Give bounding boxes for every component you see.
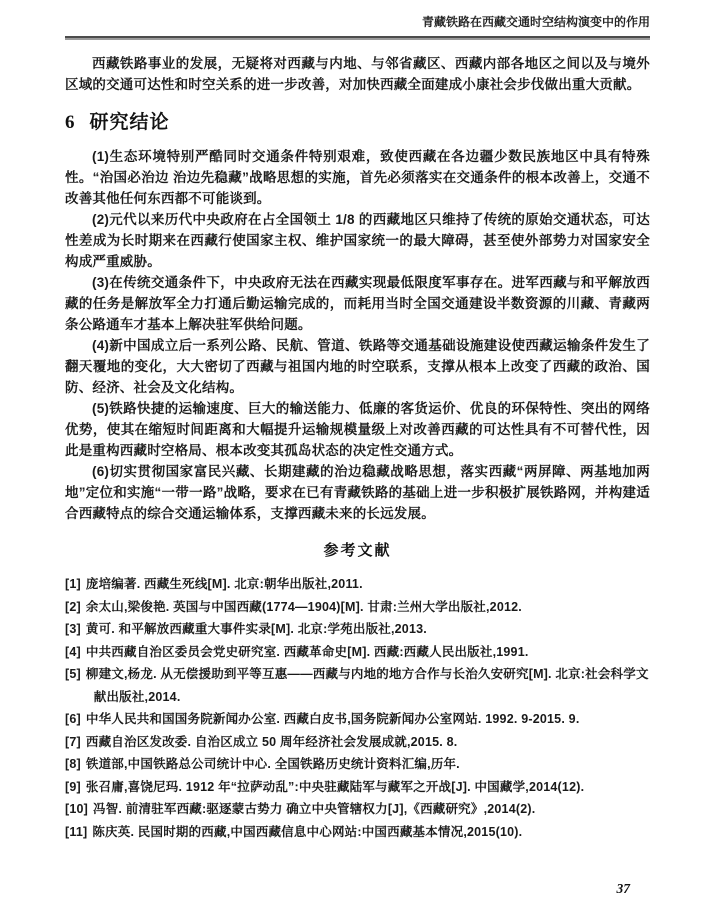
page-body: 西藏铁路事业的发展，无疑将对西藏与内地、与邻省藏区、西藏内部各地区之间以及与境外… bbox=[65, 53, 650, 843]
reference-label: [8] bbox=[65, 757, 81, 771]
reference-text: 中华人民共和国国务院新闻办公室. 西藏白皮书,国务院新闻办公室网站. 1992.… bbox=[86, 712, 580, 726]
reference-label: [6] bbox=[65, 712, 81, 726]
references-list: [1]庞培编著. 西藏生死线[M]. 北京:朝华出版社,2011. [2]余太山… bbox=[65, 573, 650, 843]
section-title: 研究结论 bbox=[90, 112, 170, 133]
reference-label: [4] bbox=[65, 645, 81, 659]
section-heading: 6研究结论 bbox=[65, 112, 650, 133]
conclusion-paragraph-3: (3)在传统交通条件下，中央政府无法在西藏实现最低限度军事存在。进军西藏与和平解… bbox=[65, 272, 650, 335]
reference-item: [4]中共西藏自治区委员会党史研究室. 西藏革命史[M]. 西藏:西藏人民出版社… bbox=[65, 641, 650, 664]
reference-text: 铁道部,中国铁路总公司统计中心. 全国铁路历史统计资料汇编,历年. bbox=[86, 757, 460, 771]
reference-item: [6]中华人民共和国国务院新闻办公室. 西藏白皮书,国务院新闻办公室网站. 19… bbox=[65, 708, 650, 731]
reference-item: [7]西藏自治区发改委. 自治区成立 50 周年经济社会发展成就,2015. 8… bbox=[65, 731, 650, 754]
document-page: 青藏铁路在西藏交通时空结构演变中的作用 西藏铁路事业的发展，无疑将对西藏与内地、… bbox=[0, 0, 710, 912]
running-title: 青藏铁路在西藏交通时空结构演变中的作用 bbox=[65, 14, 650, 30]
conclusion-paragraph-6: (6)切实贯彻国家富民兴藏、长期建藏的治边稳藏战略思想，落实西藏“两屏障、两基地… bbox=[65, 461, 650, 524]
reference-item: [5]柳建文,杨龙. 从无偿援助到平等互惠——西藏与内地的地方合作与长治久安研究… bbox=[65, 663, 650, 708]
reference-item: [3]黄可. 和平解放西藏重大事件实录[M]. 北京:学苑出版社,2013. bbox=[65, 618, 650, 641]
reference-item: [9]张召庸,喜饶尼玛. 1912 年“拉萨动乱”:中央驻藏陆军与藏军之开战[J… bbox=[65, 776, 650, 799]
reference-text: 余太山,梁俊艳. 英国与中国西藏(1774—1904)[M]. 甘肃:兰州大学出… bbox=[86, 600, 522, 614]
reference-text: 庞培编著. 西藏生死线[M]. 北京:朝华出版社,2011. bbox=[86, 577, 363, 591]
reference-item: [8]铁道部,中国铁路总公司统计中心. 全国铁路历史统计资料汇编,历年. bbox=[65, 753, 650, 776]
conclusion-paragraph-5: (5)铁路快捷的运输速度、巨大的输送能力、低廉的客货运价、优良的环保特性、突出的… bbox=[65, 398, 650, 461]
reference-label: [2] bbox=[65, 600, 81, 614]
reference-label: [9] bbox=[65, 780, 81, 794]
reference-text: 黄可. 和平解放西藏重大事件实录[M]. 北京:学苑出版社,2013. bbox=[86, 622, 427, 636]
reference-text: 中共西藏自治区委员会党史研究室. 西藏革命史[M]. 西藏:西藏人民出版社,19… bbox=[86, 645, 529, 659]
page-header: 青藏铁路在西藏交通时空结构演变中的作用 bbox=[65, 14, 650, 40]
conclusion-paragraph-2: (2)元代以来历代中央政府在占全国领土 1/8 的西藏地区只维持了传统的原始交通… bbox=[65, 209, 650, 272]
reference-label: [5] bbox=[65, 667, 81, 681]
reference-item: [2]余太山,梁俊艳. 英国与中国西藏(1774—1904)[M]. 甘肃:兰州… bbox=[65, 596, 650, 619]
section-number: 6 bbox=[65, 112, 76, 133]
page-number: 37 bbox=[617, 881, 631, 897]
conclusion-paragraph-1: (1)生态环境特别严酷同时交通条件特别艰难，致使西藏在各边疆少数民族地区中具有特… bbox=[65, 146, 650, 209]
reference-item: [10]冯智. 前清驻军西藏:驱逐蒙古势力 确立中央管辖权力[J],《西藏研究》… bbox=[65, 798, 650, 821]
reference-label: [10] bbox=[65, 802, 88, 816]
reference-text: 陈庆英. 民国时期的西藏,中国西藏信息中心网站:中国西藏基本情况,2015(10… bbox=[92, 825, 522, 839]
reference-label: [11] bbox=[65, 825, 87, 839]
reference-label: [1] bbox=[65, 577, 81, 591]
reference-text: 柳建文,杨龙. 从无偿援助到平等互惠——西藏与内地的地方合作与长治久安研究[M]… bbox=[86, 667, 649, 704]
header-rule bbox=[65, 36, 650, 40]
reference-label: [3] bbox=[65, 622, 81, 636]
references-heading: 参考文献 bbox=[65, 540, 650, 561]
reference-label: [7] bbox=[65, 735, 81, 749]
conclusion-paragraph-4: (4)新中国成立后一系列公路、民航、管道、铁路等交通基础设施建设使西藏运输条件发… bbox=[65, 335, 650, 398]
reference-text: 冯智. 前清驻军西藏:驱逐蒙古势力 确立中央管辖权力[J],《西藏研究》,201… bbox=[93, 802, 535, 816]
intro-paragraph: 西藏铁路事业的发展，无疑将对西藏与内地、与邻省藏区、西藏内部各地区之间以及与境外… bbox=[65, 53, 650, 95]
reference-item: [11]陈庆英. 民国时期的西藏,中国西藏信息中心网站:中国西藏基本情况,201… bbox=[65, 821, 650, 844]
reference-item: [1]庞培编著. 西藏生死线[M]. 北京:朝华出版社,2011. bbox=[65, 573, 650, 596]
reference-text: 张召庸,喜饶尼玛. 1912 年“拉萨动乱”:中央驻藏陆军与藏军之开战[J]. … bbox=[86, 780, 584, 794]
reference-text: 西藏自治区发改委. 自治区成立 50 周年经济社会发展成就,2015. 8. bbox=[86, 735, 458, 749]
